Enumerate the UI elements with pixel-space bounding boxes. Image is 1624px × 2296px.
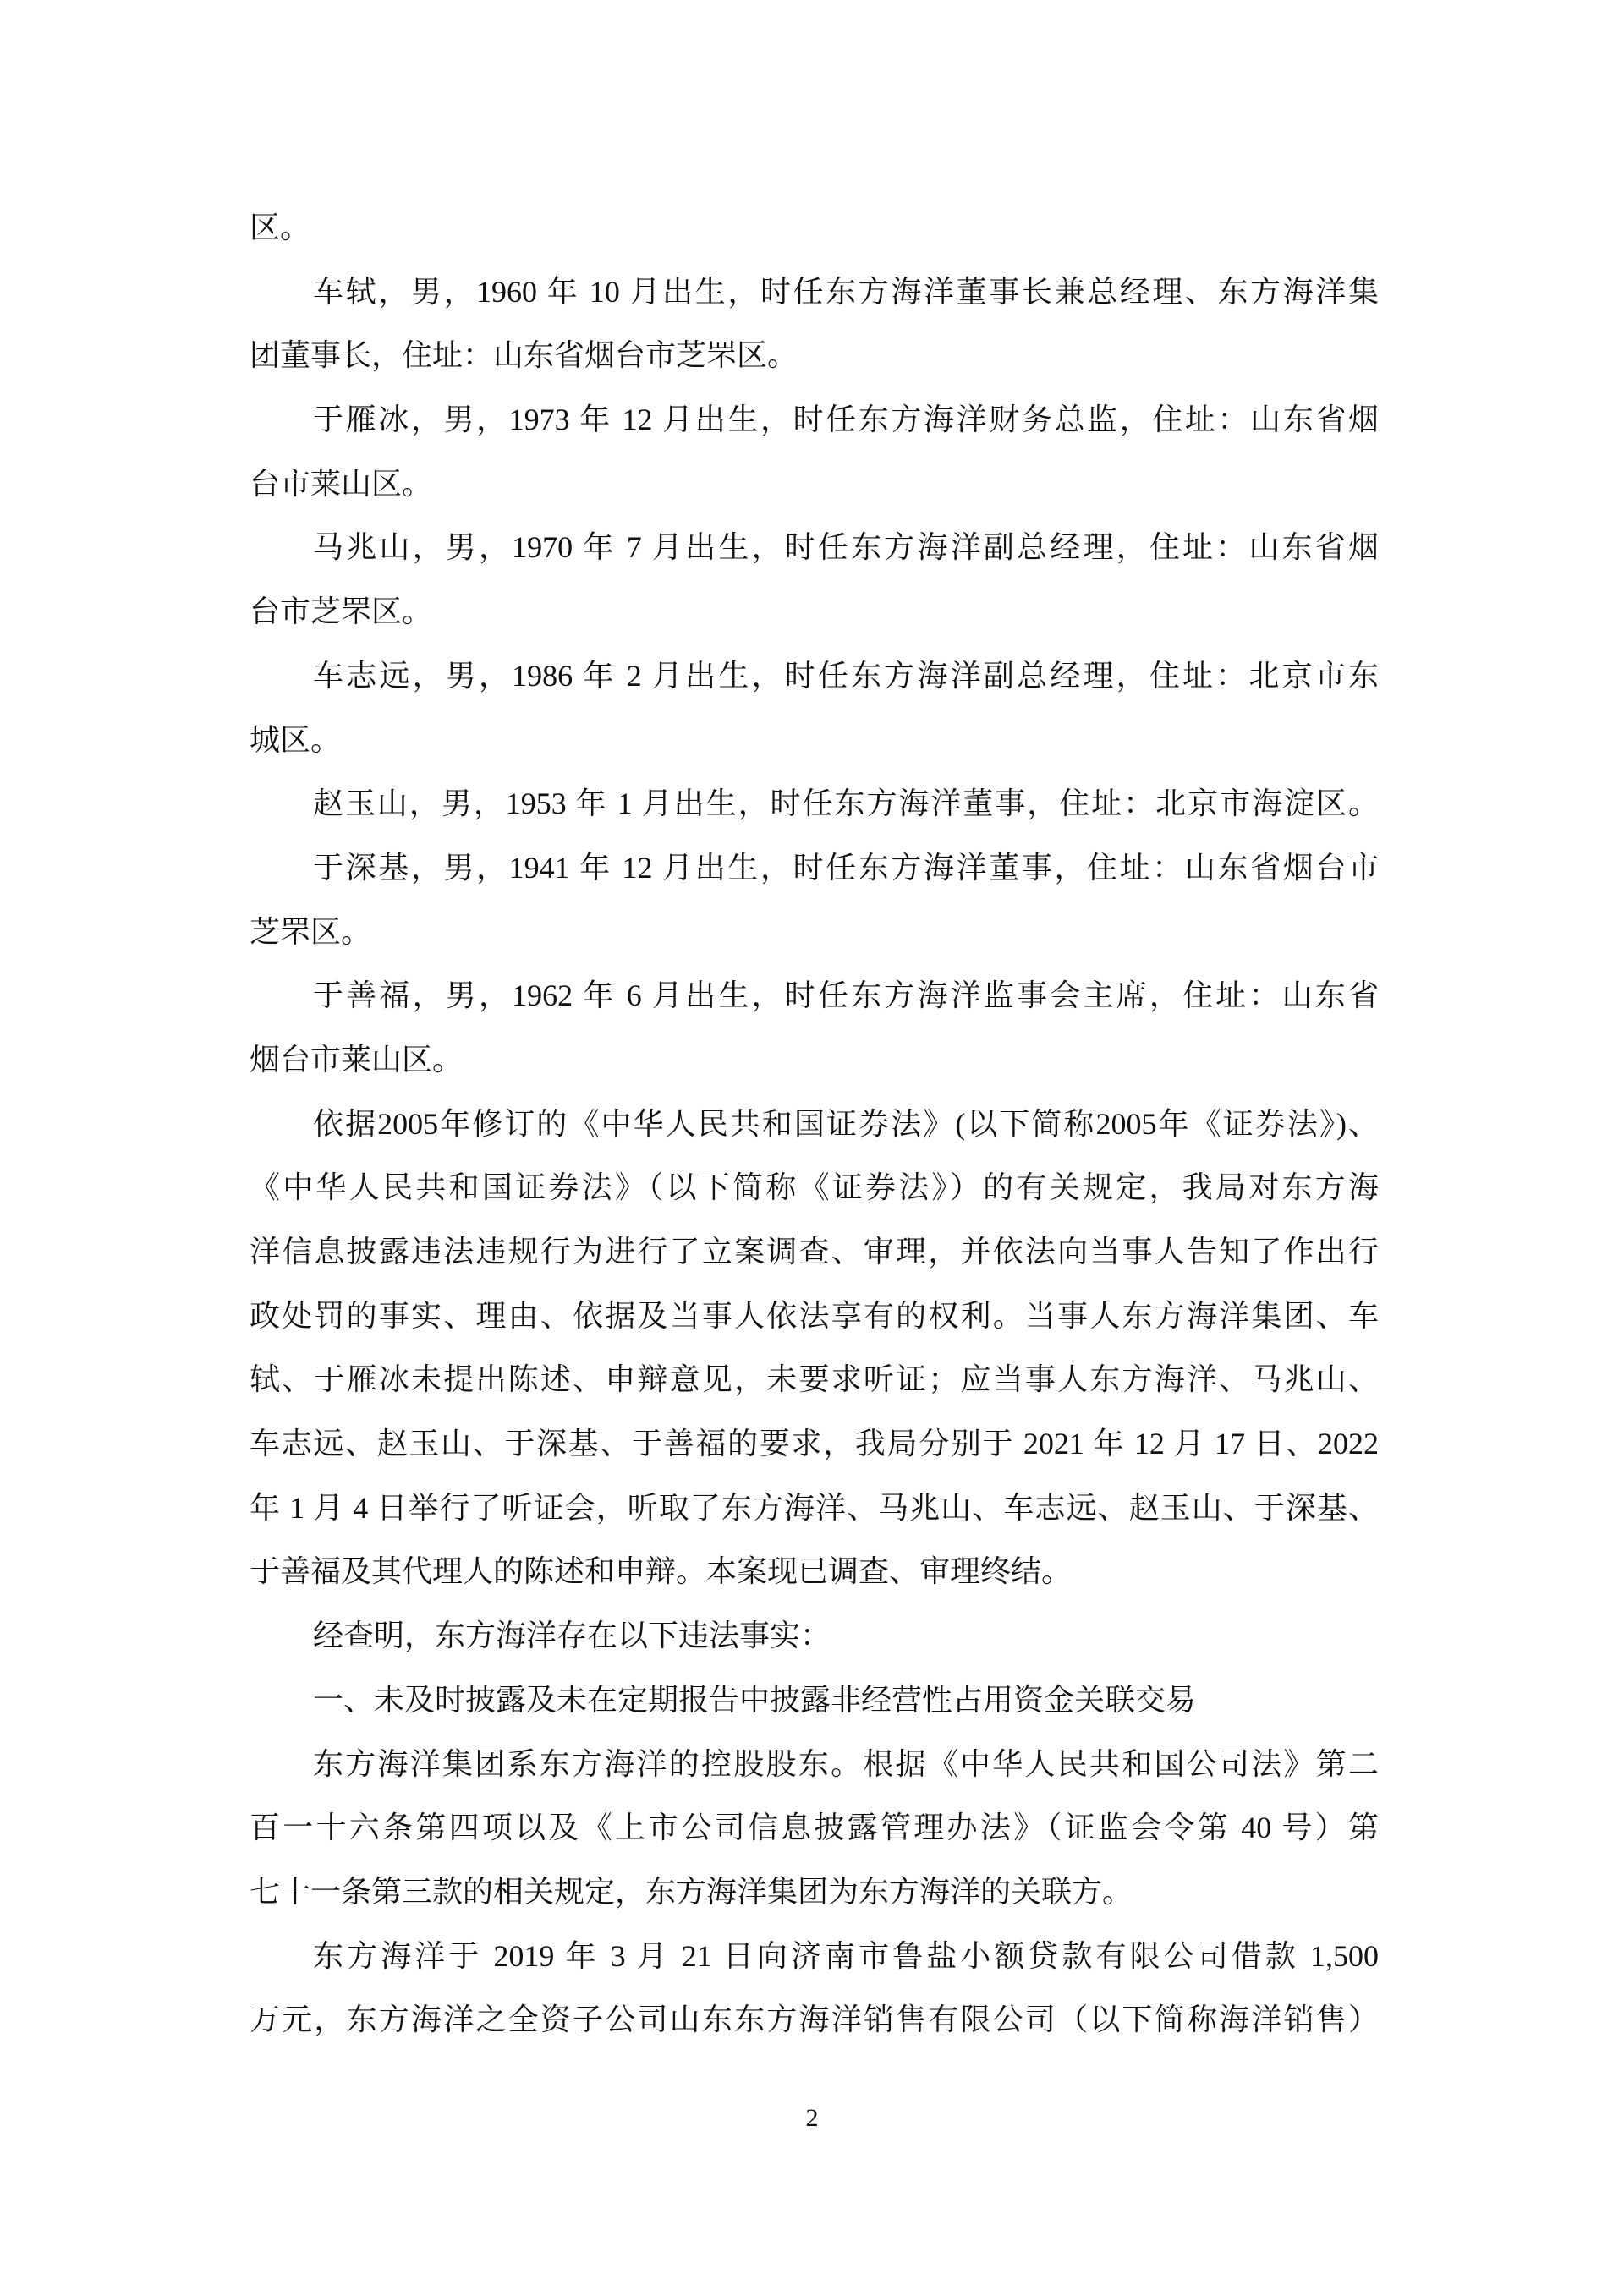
text-line: 芝罘区。 (250, 901, 1379, 965)
text-line: 台市莱山区。 (250, 452, 1379, 517)
text-line: 经查明，东方海洋存在以下违法事实： (250, 1604, 1379, 1669)
text-line: 于雁冰，男，1973 年 12 月出生，时任东方海洋财务总监，住址：山东省烟 (250, 388, 1379, 452)
text-line: 车志远，男，1986 年 2 月出生，时任东方海洋副总经理，住址：北京市东 (250, 644, 1379, 709)
text-line: 车轼，男，1960 年 10 月出生，时任东方海洋董事长兼总经理、东方海洋集 (250, 260, 1379, 325)
text-line: 台市芝罘区。 (250, 580, 1379, 644)
text-line: 于深基，男，1941 年 12 月出生，时任东方海洋董事，住址：山东省烟台市 (250, 836, 1379, 901)
section-heading: 一、未及时披露及未在定期报告中披露非经营性占用资金关联交易 (250, 1669, 1379, 1733)
document-body: 区。 车轼，男，1960 年 10 月出生，时任东方海洋董事长兼总经理、东方海洋… (250, 196, 1379, 2052)
text-line: 城区。 (250, 709, 1379, 773)
text-line: 东方海洋集团系东方海洋的控股股东。根据《中华人民共和国公司法》第二 (250, 1733, 1379, 1797)
text-line: 七十一条第三款的相关规定，东方海洋集团为东方海洋的关联方。 (250, 1860, 1379, 1925)
text-line: 年 1 月 4 日举行了听证会，听取了东方海洋、马兆山、车志远、赵玉山、于深基、 (250, 1477, 1379, 1541)
text-line: 政处罚的事实、理由、依据及当事人依法享有的权利。当事人东方海洋集团、车 (250, 1285, 1379, 1349)
text-line: 依据2005年修订的《中华人民共和国证券法》(以下简称2005年《证券法》)、 (250, 1093, 1379, 1157)
text-line: 轼、于雁冰未提出陈述、申辩意见，未要求听证；应当事人东方海洋、马兆山、 (250, 1348, 1379, 1412)
text-line: 百一十六条第四项以及《上市公司信息披露管理办法》（证监会令第 40 号）第 (250, 1796, 1379, 1860)
text-line: 团董事长，住址：山东省烟台市芝罘区。 (250, 324, 1379, 388)
text-line: 于善福，男，1962 年 6 月出生，时任东方海洋监事会主席，住址：山东省 (250, 964, 1379, 1028)
text-line: 马兆山，男，1970 年 7 月出生，时任东方海洋副总经理，住址：山东省烟 (250, 516, 1379, 580)
text-line: 车志远、赵玉山、于深基、于善福的要求，我局分别于 2021 年 12 月 17 … (250, 1412, 1379, 1477)
text-line: 东方海洋于 2019 年 3 月 21 日向济南市鲁盐小额贷款有限公司借款 1,… (250, 1925, 1379, 1989)
text-line: 烟台市莱山区。 (250, 1028, 1379, 1093)
text-line: 于善福及其代理人的陈述和申辩。本案现已调查、审理终结。 (250, 1540, 1379, 1604)
text-line: 万元，东方海洋之全资子公司山东东方海洋销售有限公司（以下简称海洋销售） (250, 1988, 1379, 2052)
text-line: 洋信息披露违法违规行为进行了立案调查、审理，并依法向当事人告知了作出行 (250, 1220, 1379, 1285)
text-line: 区。 (250, 196, 1379, 260)
text-line: 赵玉山，男，1953 年 1 月出生，时任东方海洋董事，住址：北京市海淀区。 (250, 772, 1379, 836)
text-line: 《中华人民共和国证券法》（以下简称《证券法》）的有关规定，我局对东方海 (250, 1156, 1379, 1220)
page-number: 2 (0, 2104, 1624, 2133)
